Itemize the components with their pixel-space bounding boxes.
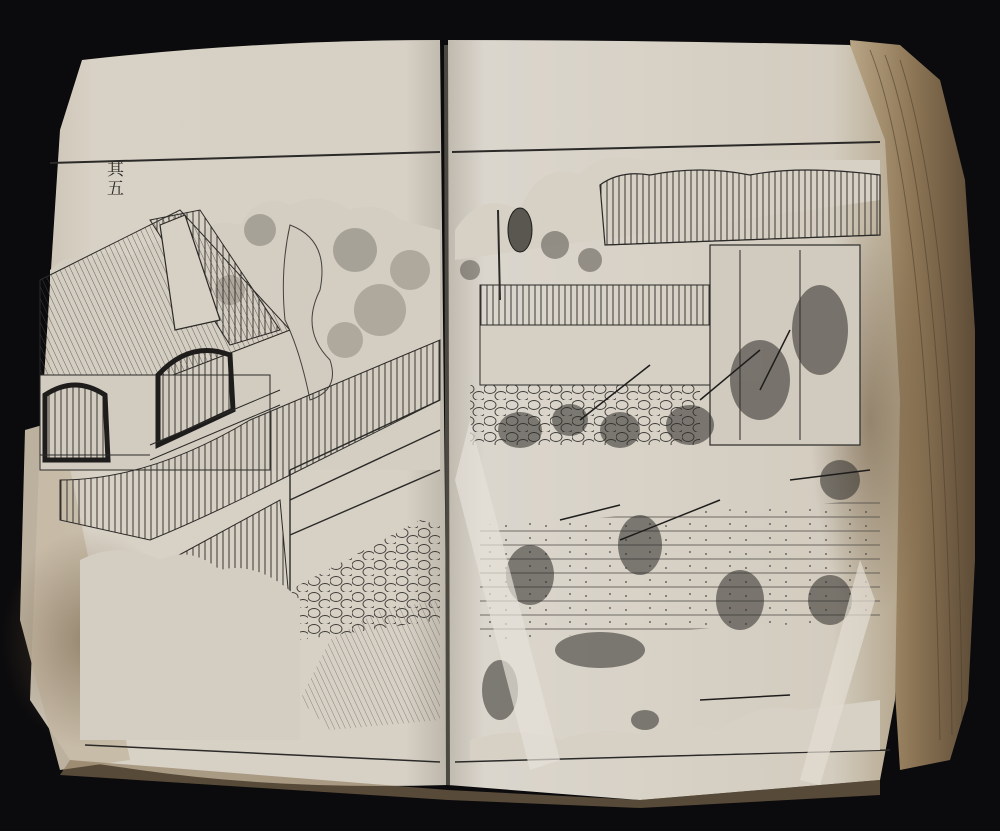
book-photo <box>0 0 1000 831</box>
temple-illustration <box>40 199 440 740</box>
part-label: 其五 <box>104 160 121 198</box>
